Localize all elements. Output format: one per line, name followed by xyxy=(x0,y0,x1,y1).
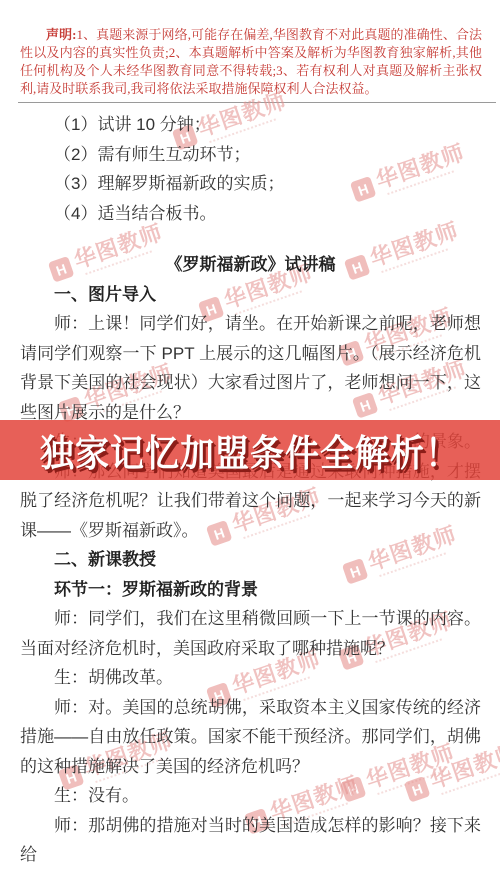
disclaimer-body: 1、真题来源于网络,可能存在偏差,华图教育不对此真题的准确性、合法性以及内容的真… xyxy=(20,27,482,96)
disclaimer-label: 声明: xyxy=(46,27,77,42)
requirement-item-1: （1）试讲 10 分钟； xyxy=(20,110,481,140)
paragraph-teacher-impact: 师：那胡佛的措施对当时的美国造成怎样的影响？接下来给 xyxy=(20,811,481,870)
ad-banner-overlay[interactable]: 独家记忆加盟条件全解析！ xyxy=(0,420,500,480)
disclaimer-text: 声明:1、真题来源于网络,可能存在偏差,华图教育不对此真题的准确性、合法性以及内… xyxy=(20,26,482,98)
ad-banner-text: 独家记忆加盟条件全解析！ xyxy=(40,424,460,477)
requirement-item-2: （2）需有师生互动环节； xyxy=(20,140,481,170)
document-body: （1）试讲 10 分钟； （2）需有师生互动环节； （3）理解罗斯福新政的实质；… xyxy=(20,110,481,870)
paragraph-teacher-intro: 师：上课！同学们好，请坐。在开始新课之前呢，老师想请同学们观察一下 PPT 上展… xyxy=(20,309,481,427)
paragraph-teacher-review: 师：同学们，我们在这里稍微回顾一下上一节课的内容。当面对经济危机时，美国政府采取… xyxy=(20,604,481,663)
requirement-item-3: （3）理解罗斯福新政的实质； xyxy=(20,169,481,199)
requirement-item-4: （4）适当结合板书。 xyxy=(20,199,481,229)
paragraph-teacher-hoover-policy: 师：对。美国的总统胡佛，采取资本主义国家传统的经济措施——自由放任政策。国家不能… xyxy=(20,693,481,782)
document-title: 《罗斯福新政》试讲稿 xyxy=(20,250,481,280)
paragraph-student-no: 生：没有。 xyxy=(20,781,481,811)
section-2-subheading: 环节一：罗斯福新政的背景 xyxy=(20,575,481,605)
paragraph-student-hoover: 生：胡佛改革。 xyxy=(20,663,481,693)
section-1-heading: 一、图片导入 xyxy=(20,280,481,310)
section-2-heading: 二、新课教授 xyxy=(20,545,481,575)
header-divider xyxy=(18,102,496,103)
